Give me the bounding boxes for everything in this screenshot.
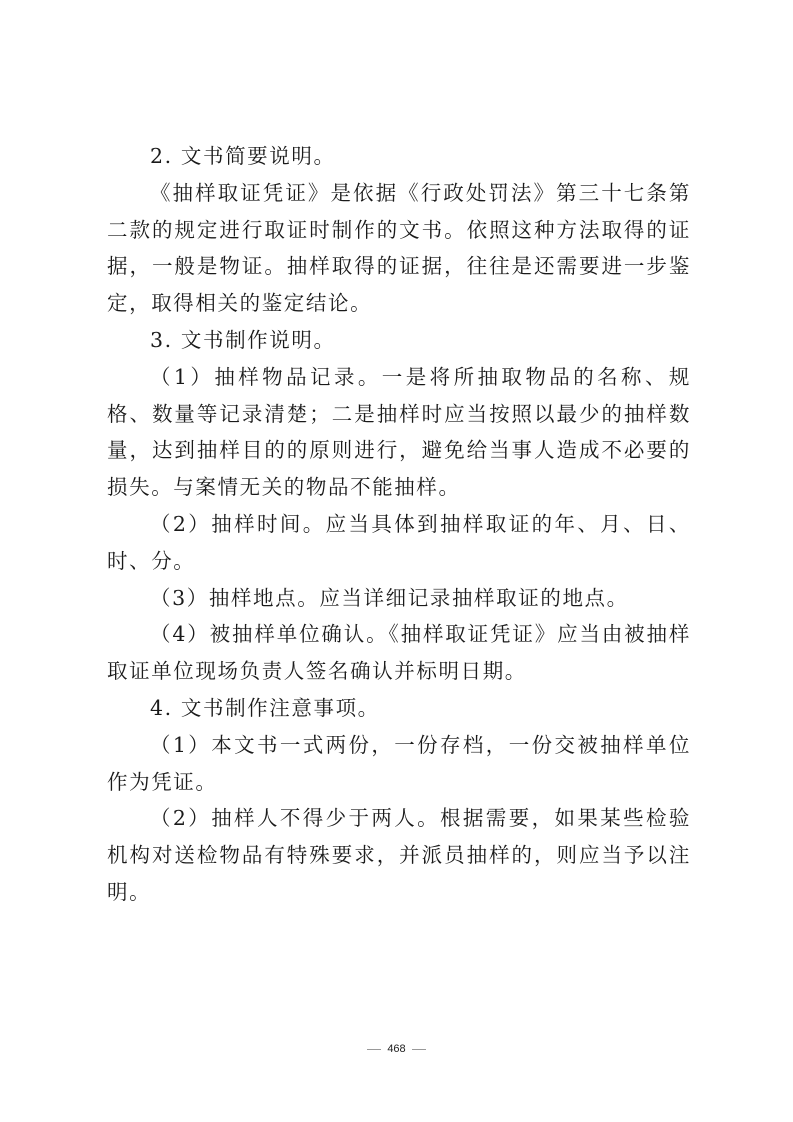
- paragraph-item-record: （1）抽样物品记录。一是将所抽取物品的名称、规格、数量等记录清楚；二是抽样时应当…: [107, 359, 691, 506]
- page-number: 468: [387, 1043, 405, 1055]
- section-heading-production: 3. 文书制作说明。: [107, 322, 691, 359]
- footer-dash-right: [412, 1049, 426, 1050]
- paragraph-brief-description: 《抽样取证凭证》是依据《行政处罚法》第三十七条第二款的规定进行取证时制作的文书。…: [107, 175, 691, 322]
- paragraph-sampling-time: （2）抽样时间。应当具体到抽样取证的年、月、日、时、分。: [107, 506, 691, 580]
- document-page: 2. 文书简要说明。 《抽样取证凭证》是依据《行政处罚法》第三十七条第二款的规定…: [107, 138, 691, 911]
- paragraph-samplers: （2）抽样人不得少于两人。根据需要，如果某些检验机构对送检物品有特殊要求，并派员…: [107, 800, 691, 910]
- section-heading-brief: 2. 文书简要说明。: [107, 138, 691, 175]
- paragraph-unit-confirmation: （4）被抽样单位确认。《抽样取证凭证》应当由被抽样取证单位现场负责人签名确认并标…: [107, 616, 691, 690]
- footer-dash-left: [367, 1049, 381, 1050]
- paragraph-sampling-location: （3）抽样地点。应当详细记录抽样取证的地点。: [107, 580, 691, 617]
- paragraph-copies: （1）本文书一式两份，一份存档，一份交被抽样单位作为凭证。: [107, 727, 691, 801]
- page-footer: 468: [0, 1043, 793, 1055]
- section-heading-notes: 4. 文书制作注意事项。: [107, 690, 691, 727]
